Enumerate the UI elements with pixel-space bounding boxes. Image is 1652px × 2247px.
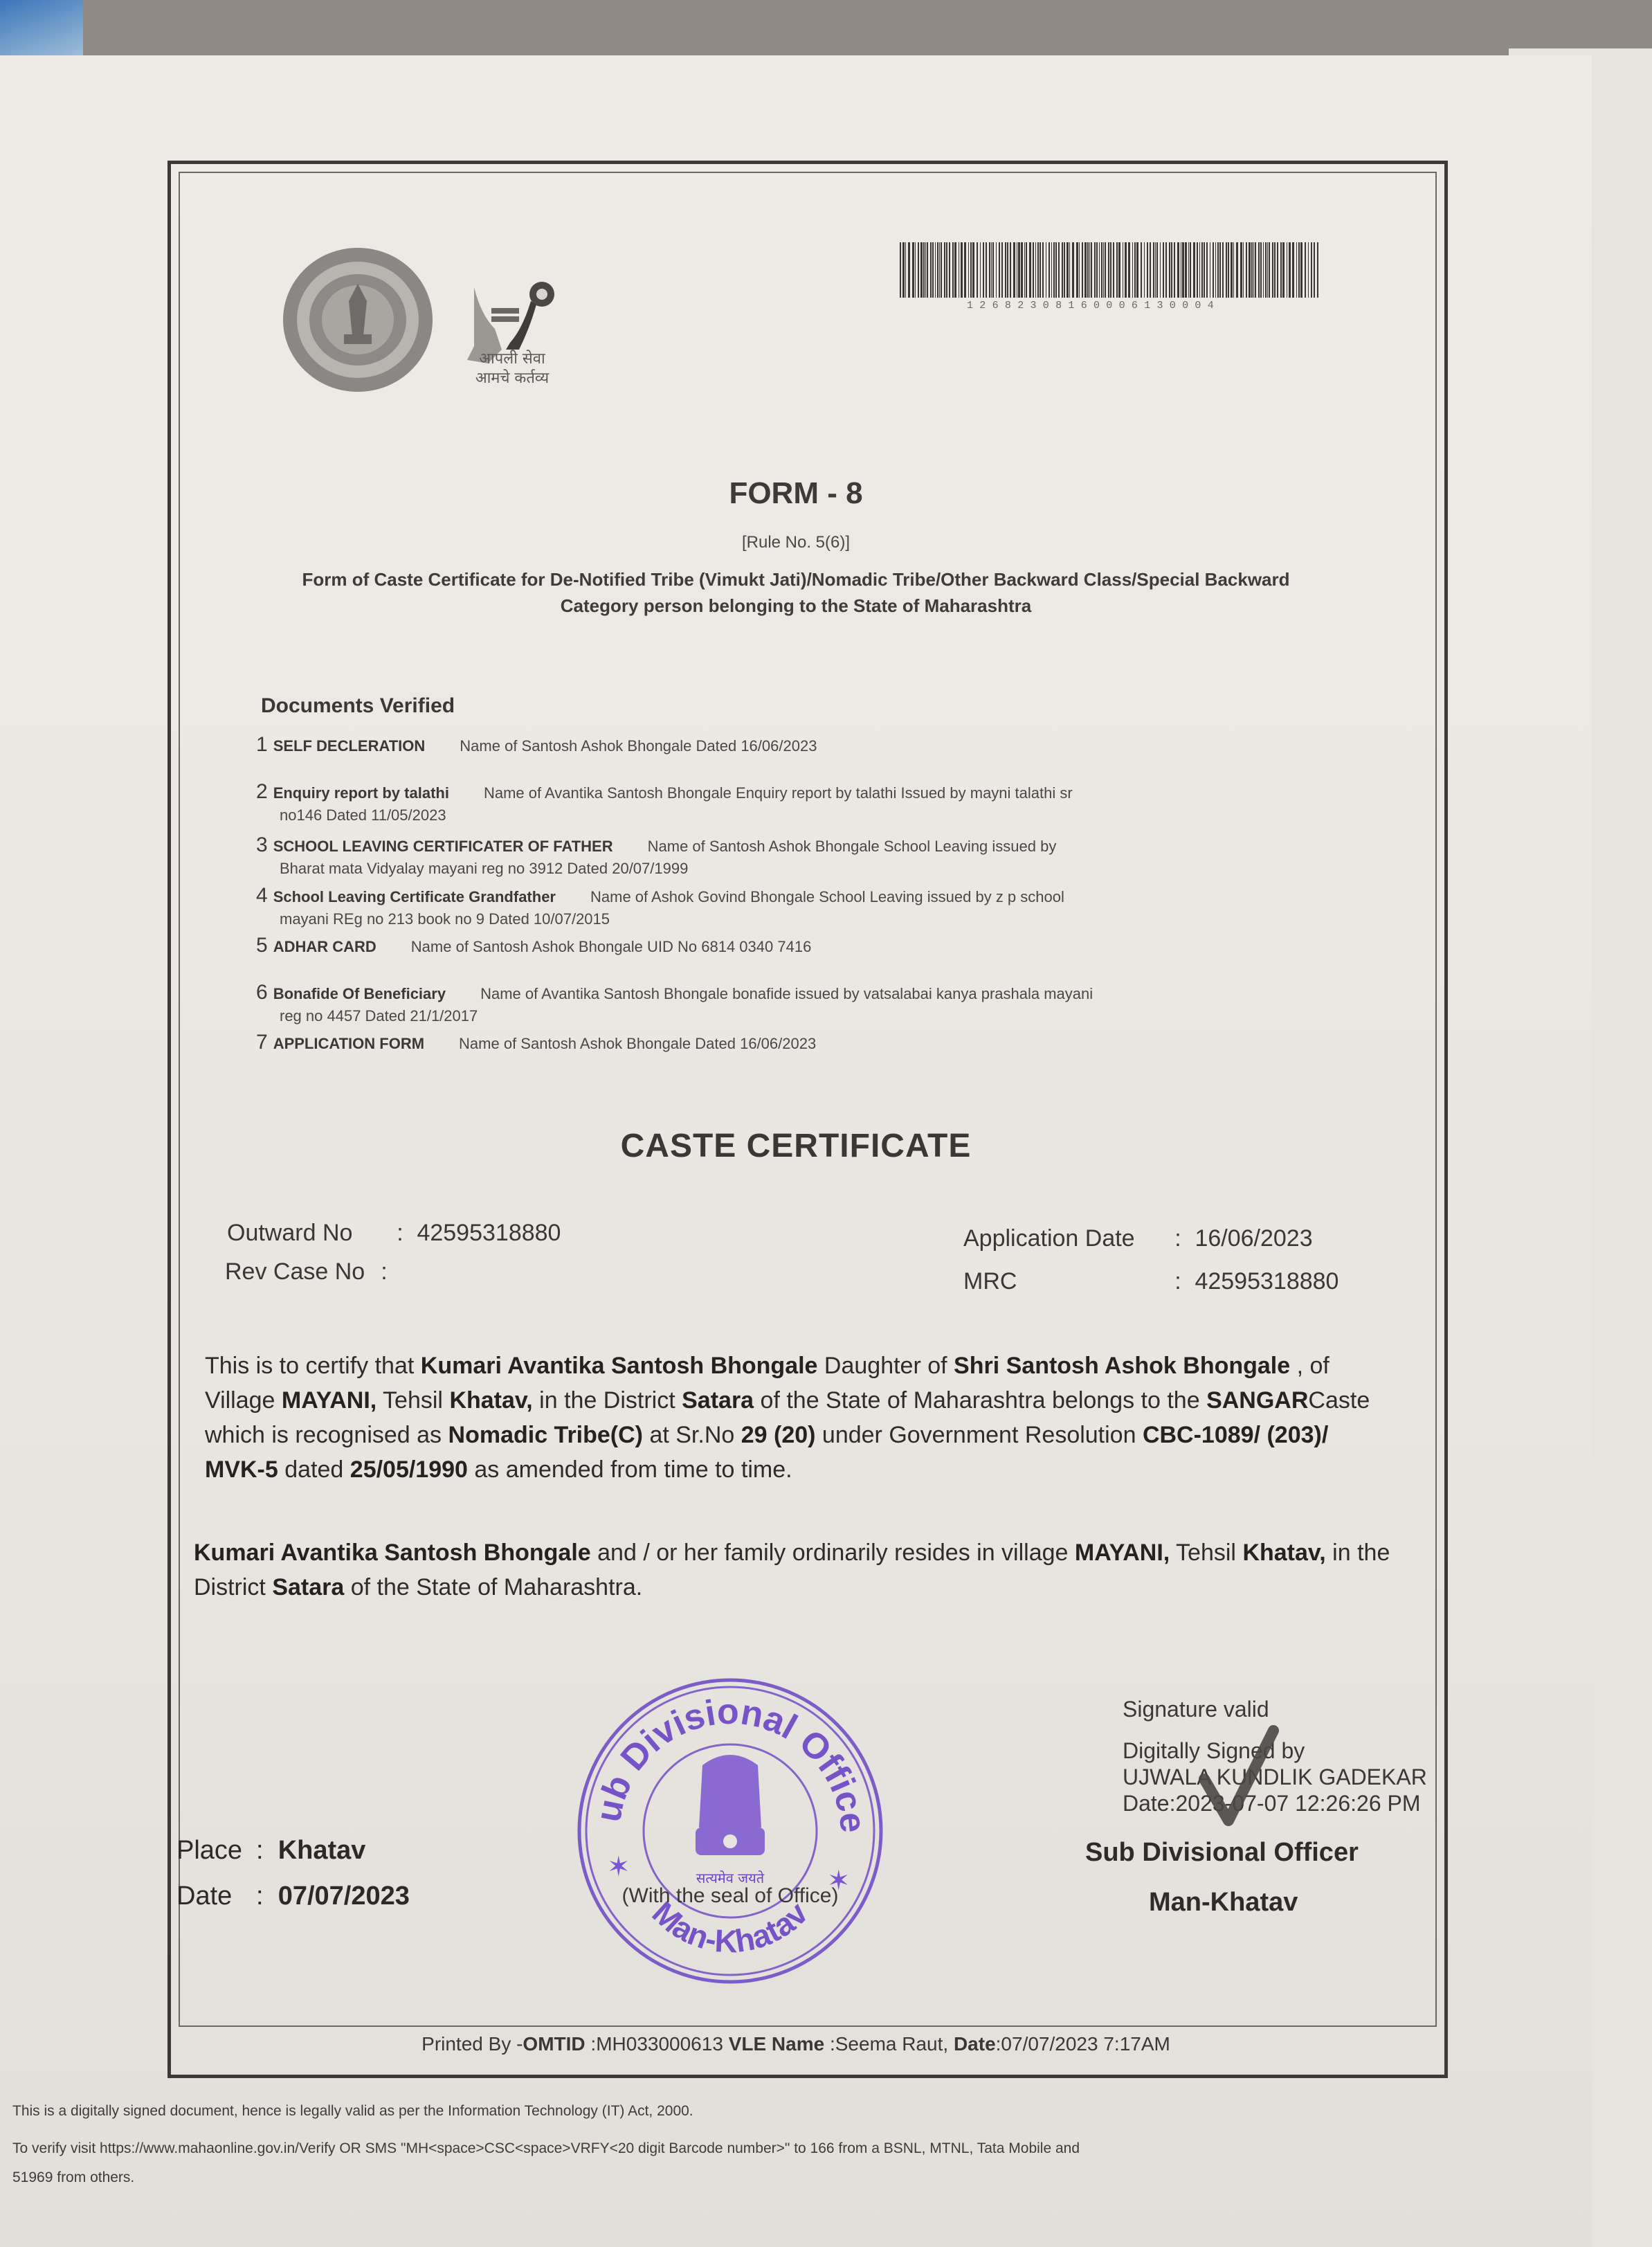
document-item: 4School Leaving Certificate GrandfatherN… [256,885,1363,930]
mrc-value: 42595318880 [1195,1268,1338,1294]
document-number: 6 [256,981,268,1004]
certification-paragraph: This is to certify that Kumari Avantika … [205,1348,1388,1487]
document-detail: Name of Santosh Ashok Bhongale Dated 16/… [459,1035,816,1052]
document-number: 4 [256,884,268,907]
caste: SANGAR [1206,1387,1308,1414]
residence-paragraph: Kumari Avantika Santosh Bhongale and / o… [194,1535,1398,1605]
document-detail-cont: no146 Dated 11/05/2023 [256,804,1363,827]
colon: : [390,1220,410,1247]
serial-number: 29 (20) [741,1422,816,1448]
text: dated [278,1456,350,1483]
signature-valid-check-icon[interactable] [1197,1724,1280,1834]
text: of the State of Maharashtra belongs to t… [754,1387,1206,1414]
text: Tehsil [1170,1540,1242,1566]
document-detail: Name of Ashok Govind Bhongale School Lea… [590,888,1064,905]
vle-value: :Seema Raut, [824,2033,954,2055]
text: This is to certify that [205,1353,421,1379]
star-icon: ✶ [607,1852,630,1882]
verification-instructions: To verify visit https://www.mahaonline.g… [12,2139,1556,2158]
document-detail-cont: reg no 4457 Dated 21/1/2017 [256,1005,1363,1027]
document-type: ADHAR CARD [273,938,376,955]
vle-label: VLE Name [729,2033,825,2055]
document-detail: Name of Santosh Ashok Bhongale School Le… [648,838,1057,855]
verification-instructions-cont: 51969 from others. [12,2168,134,2187]
document-type: SCHOOL LEAVING CERTIFICATER OF FATHER [273,838,613,855]
tagline-line2: आमचे कर्तव्य [453,369,571,388]
text: Daughter of [817,1353,954,1379]
district: Satara [682,1387,754,1414]
office-seal-stamp: Sub Divisional Officer Man-Khatav सत्यमे… [564,1661,889,1994]
application-date-value: 16/06/2023 [1195,1225,1312,1252]
document-item: 5ADHAR CARDName of Santosh Ashok Bhongal… [256,935,1363,958]
document-type: School Leaving Certificate Grandfather [273,888,556,905]
place-field: Place: Khatav [176,1836,365,1866]
tehsil: Khatav, [449,1387,532,1414]
text: as amended from time to time. [468,1456,792,1483]
document-item: 7APPLICATION FORMName of Santosh Ashok B… [256,1031,1363,1055]
text: under Government Resolution [815,1422,1142,1448]
father-name: Shri Santosh Ashok Bhongale [954,1353,1290,1379]
document-item: 2Enquiry report by talathiName of Avanti… [256,781,1363,827]
barcode [900,242,1322,298]
form-description-text: Form of Caste Certificate for De-Notifie… [284,566,1308,619]
ashoka-emblem-icon [696,1755,765,1855]
colon: : [256,1836,264,1865]
application-date-field: Application Date: 16/06/2023 [963,1225,1313,1252]
barcode-number: 12682308160006130004 [900,300,1287,312]
date-value: 07/07/2023 [278,1881,410,1911]
document-item: 3SCHOOL LEAVING CERTIFICATER OF FATHERNa… [256,834,1363,880]
text: Printed By - [421,2033,523,2055]
document-type: SELF DECLERATION [273,737,426,755]
document-number: 3 [256,833,268,856]
district: Satara [272,1574,344,1600]
print-date-label: Date [954,2033,996,2055]
document-number: 5 [256,934,268,957]
application-date-label: Application Date [963,1225,1168,1252]
category: Nomadic Tribe(C) [448,1422,643,1448]
document-detail-cont: Bharat mata Vidyalay mayani reg no 3912 … [256,858,1363,880]
document-detail-cont: mayani REg no 213 book no 9 Dated 10/07/… [256,908,1363,930]
signature-valid-label: Signature valid [1123,1696,1269,1722]
text: of the State of Maharashtra. [344,1574,642,1600]
beneficiary-name: Kumari Avantika Santosh Bhongale [194,1540,591,1566]
omtid-value: :MH033000613 [586,2033,729,2055]
text: and / or her family ordinarily resides i… [591,1540,1075,1566]
seal-caption: (With the seal of Office) [622,1884,839,1907]
form-description: Form of Caste Certificate for De-Notifie… [0,566,1592,619]
text: To verify visit [12,2140,100,2156]
outward-no-label: Outward No [227,1220,390,1247]
text: Tehsil [376,1387,449,1414]
officer-title: Sub Divisional Officer [1085,1838,1359,1868]
place-label: Place [176,1836,256,1866]
document-detail: Name of Santosh Ashok Bhongale UID No 68… [411,938,812,955]
document-number: 2 [256,780,268,803]
date-field: Date: 07/07/2023 [176,1881,410,1911]
place-value: Khatav [278,1836,366,1865]
colon: : [374,1258,394,1285]
document-type: Enquiry report by talathi [273,784,449,802]
beneficiary-name: Kumari Avantika Santosh Bhongale [421,1353,818,1379]
print-date-value: :07/07/2023 7:17AM [996,2033,1170,2055]
mrc-label: MRC [963,1268,1168,1295]
document-detail: Name of Avantika Santosh Bhongale Enquir… [484,784,1073,802]
rev-case-no-label: Rev Case No [225,1258,374,1285]
tehsil: Khatav, [1242,1540,1325,1566]
tagline-line1: आपली सेवा [453,350,571,369]
text: OR SMS "MH<space>CSC<space>VRFY<20 digit… [335,2140,1080,2156]
document-detail: Name of Avantika Santosh Bhongale bonafi… [480,985,1093,1002]
legal-validity-note: This is a digitally signed document, hen… [12,2102,693,2121]
form-title: FORM - 8 [0,476,1592,511]
text: at Sr.No [643,1422,741,1448]
rev-case-no-field: Rev Case No: [225,1258,394,1285]
colon: : [1168,1268,1188,1295]
maharashtra-emblem-icon [280,246,436,395]
aaple-sarkar-tagline: आपली सेवा आमचे कर्तव्य [453,350,571,388]
mrc-field: MRC: 42595318880 [963,1268,1338,1295]
date-label: Date [176,1881,256,1911]
outward-no-field: Outward No: 42595318880 [227,1220,561,1247]
omtid-label: OMTID [523,2033,585,2055]
document-type: Bonafide Of Beneficiary [273,985,446,1002]
caste-certificate-title: CASTE CERTIFICATE [0,1127,1592,1165]
colon: : [256,1881,264,1911]
text: in the District [533,1387,682,1414]
form-rule: [Rule No. 5(6)] [0,533,1592,552]
verify-link[interactable]: https://www.mahaonline.gov.in/Verify [100,2140,335,2156]
colon: : [1168,1225,1188,1252]
outward-no-value: 42595318880 [417,1220,561,1246]
document-detail: Name of Santosh Ashok Bhongale Dated 16/… [460,737,817,755]
documents-verified-heading: Documents Verified [261,694,455,718]
village: MAYANI, [1075,1540,1170,1566]
document-item: 1SELF DECLERATIONName of Santosh Ashok B… [256,734,1363,757]
document-type: APPLICATION FORM [273,1035,424,1052]
resolution-date: 25/05/1990 [350,1456,468,1483]
document-item: 6Bonafide Of BeneficiaryName of Avantika… [256,982,1363,1027]
document-number: 1 [256,733,268,756]
village: MAYANI, [282,1387,376,1414]
printed-by-line: Printed By -OMTID :MH033000613 VLE Name … [0,2033,1592,2055]
document-number: 7 [256,1031,268,1054]
officer-place: Man-Khatav [1149,1888,1298,1917]
